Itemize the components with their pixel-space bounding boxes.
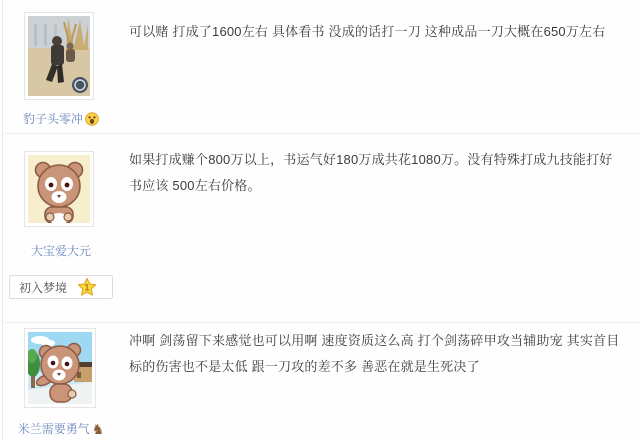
avatar-bear-cream-image — [28, 155, 90, 223]
avatar-bear-cream[interactable] — [24, 151, 94, 227]
username-link[interactable]: 米兰需要勇气♞ — [4, 420, 118, 437]
avatar-photo-image — [28, 16, 90, 96]
comment-list: 豹子头零冲 可以赌 打成了1600左右 具体看书 没成的话打一刀 这种成品一刀大… — [0, 0, 640, 440]
avatar-bear-outdoor-image — [28, 332, 92, 404]
level-badge-label: 初入梦境 — [10, 279, 67, 296]
horse-head-emoji: ♞ — [92, 423, 105, 435]
comment-text: 冲啊 剑荡留下来感觉也可以用啊 速度资质这么高 打个剑荡碎甲攻当辅助宠 其实首目… — [129, 328, 621, 380]
comment-text: 可以赌 打成了1600左右 具体看书 没成的话打一刀 这种成品一刀大概在650万… — [129, 19, 621, 45]
username-label: 米兰需要勇气 — [18, 422, 90, 436]
comment-row-2: 大宝爱大元 初入梦境 1 如果打成赚个800万以上，书运气好180万成共花108… — [4, 134, 640, 323]
username-label: 豹子头零冲 — [23, 112, 83, 126]
username-link[interactable]: 豹子头零冲 — [4, 110, 118, 127]
comment-row-1: 豹子头零冲 可以赌 打成了1600左右 具体看书 没成的话打一刀 这种成品一刀大… — [4, 0, 640, 134]
level-star-number: 1 — [85, 283, 90, 293]
username-label: 大宝爱大元 — [31, 244, 91, 258]
avatar-photo[interactable] — [24, 12, 94, 100]
comment-text: 如果打成赚个800万以上，书运气好180万成共花1080万。没有特殊打成九技能打… — [129, 147, 621, 199]
left-border-line — [2, 0, 3, 440]
avatar-bear-outdoor[interactable] — [24, 328, 96, 408]
comment-row-3: 米兰需要勇气♞ 冲啊 剑荡留下来感觉也可以用啊 速度资质这么高 打个剑荡碎甲攻当… — [4, 323, 640, 440]
username-link[interactable]: 大宝爱大元 — [4, 242, 118, 259]
scared-face-emoji — [85, 112, 99, 126]
level-star-icon: 1 — [77, 277, 97, 297]
user-level-badge: 初入梦境 1 — [9, 275, 113, 299]
